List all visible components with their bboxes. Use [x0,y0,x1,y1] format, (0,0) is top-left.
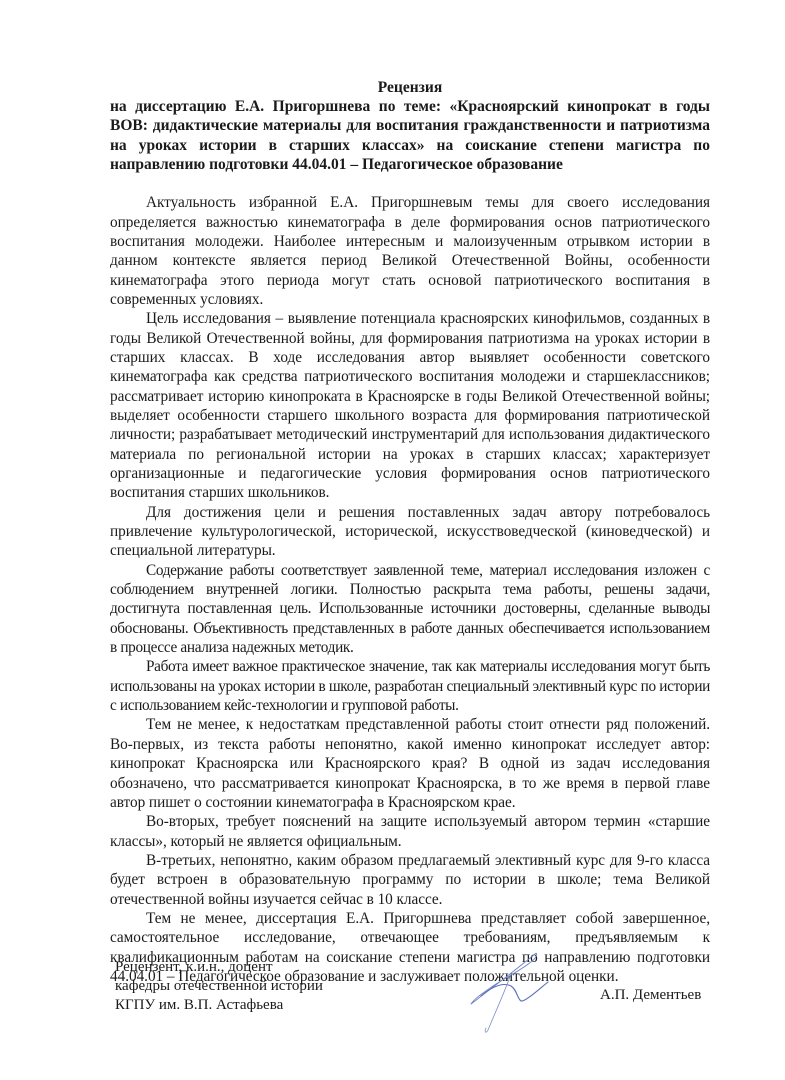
reviewer-info: Рецензент, к.и.н., доцент кафедры отечес… [115,958,323,1015]
paragraph-practical-value: Работа имеет важное практическое значени… [110,657,710,715]
paragraph-goal: Цель исследования – выявление потенциала… [110,309,710,502]
paragraph-sources: Для достижения цели и решения поставленн… [110,503,710,561]
document-body: Актуальность избранной Е.А. Пригоршневым… [110,193,710,986]
paragraph-relevance: Актуальность избранной Е.А. Пригоршневым… [110,193,710,309]
reviewer-name: А.П. Дементьев [600,986,701,1005]
document-title: Рецензия [110,78,710,97]
paragraph-content: Содержание работы соответствует заявленн… [110,561,710,658]
reviewer-department: кафедры отечественной истории [115,977,323,996]
signature-block: Рецензент, к.и.н., доцент кафедры отечес… [115,958,715,1038]
document-subtitle: на диссертацию Е.А. Пригоршнева по теме:… [110,97,710,174]
reviewer-university: КГПУ им. В.П. Астафьева [115,996,323,1015]
paragraph-shortcomings-second: Во-вторых, требует пояснений на защите и… [110,812,710,851]
handwritten-signature-icon [463,946,563,1036]
paragraph-shortcomings-third: В-третьих, непонятно, каким образом пред… [110,851,710,909]
paragraph-shortcomings-first: Тем не менее, к недостаткам представленн… [110,715,710,812]
review-document: Рецензия на диссертацию Е.А. Пригоршнева… [110,78,710,986]
reviewer-position: Рецензент, к.и.н., доцент [115,958,323,977]
